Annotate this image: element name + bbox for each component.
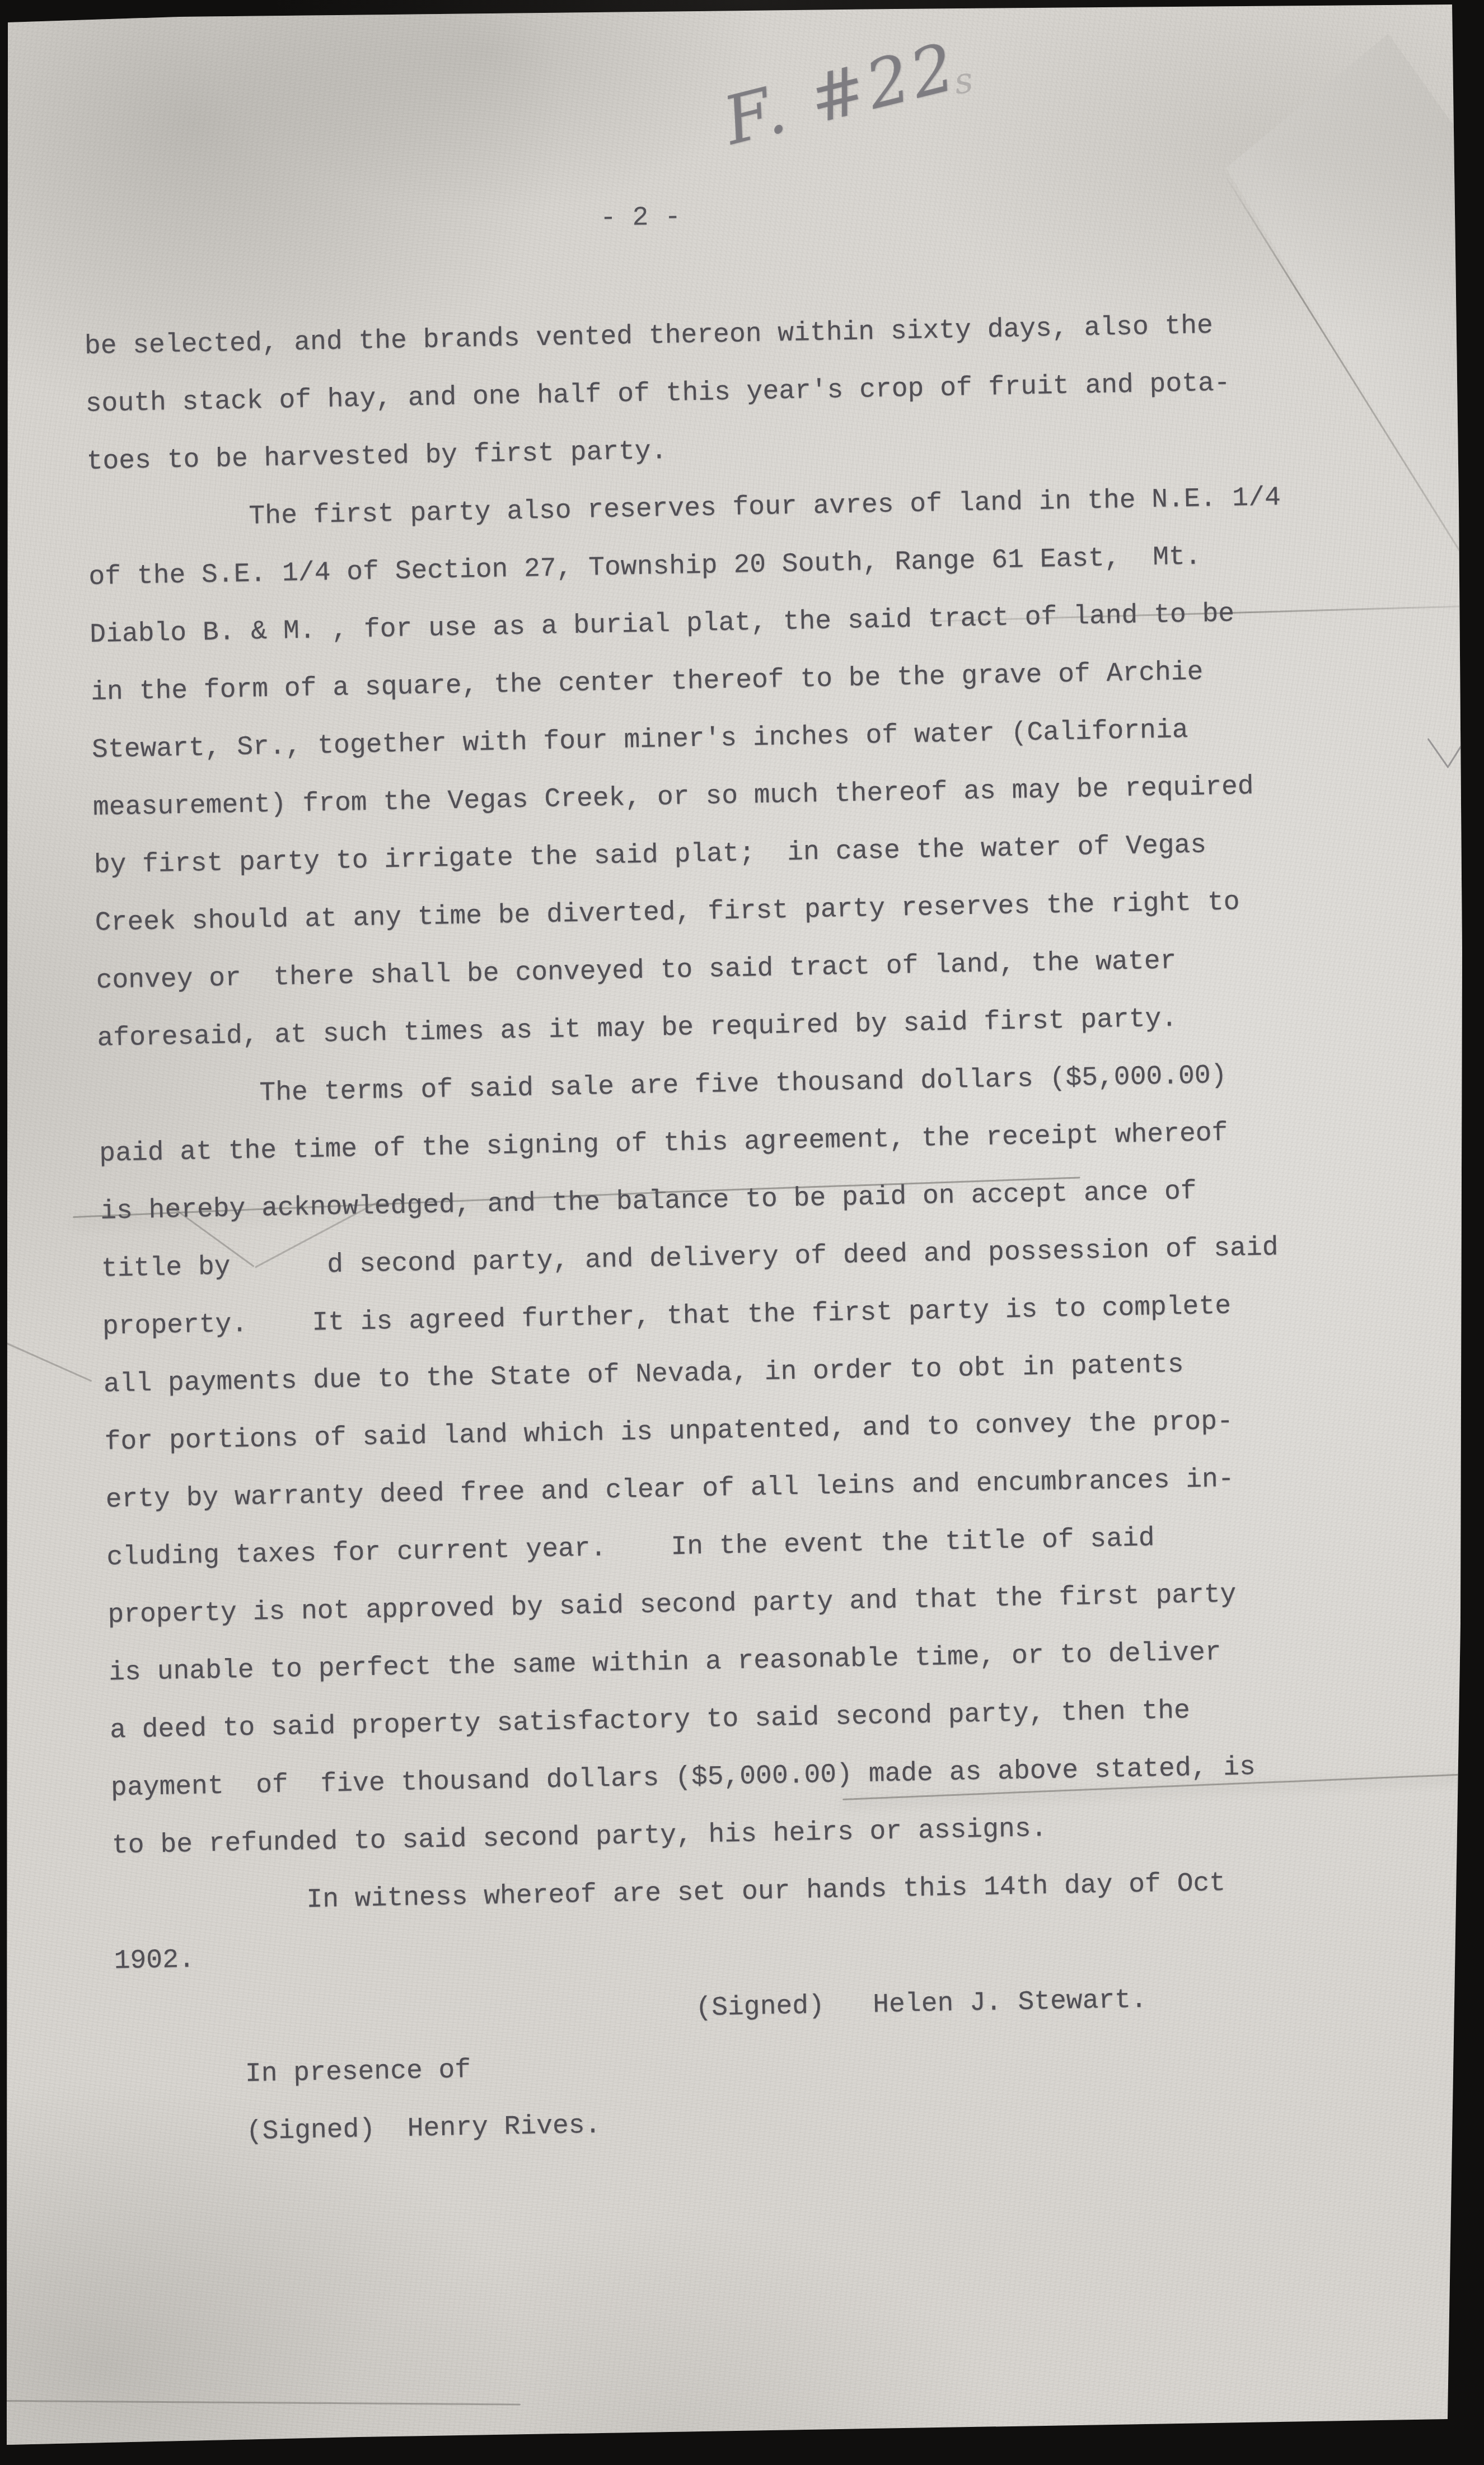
typed-body: be selected, and the brands vented there…: [84, 293, 1472, 2164]
page-number: - 2 -: [600, 202, 681, 234]
scanned-document-view: F. #22 s - 2 - be selected, and the bran…: [0, 0, 1484, 2465]
paper-sheet: F. #22 s - 2 - be selected, and the bran…: [0, 0, 1484, 2465]
